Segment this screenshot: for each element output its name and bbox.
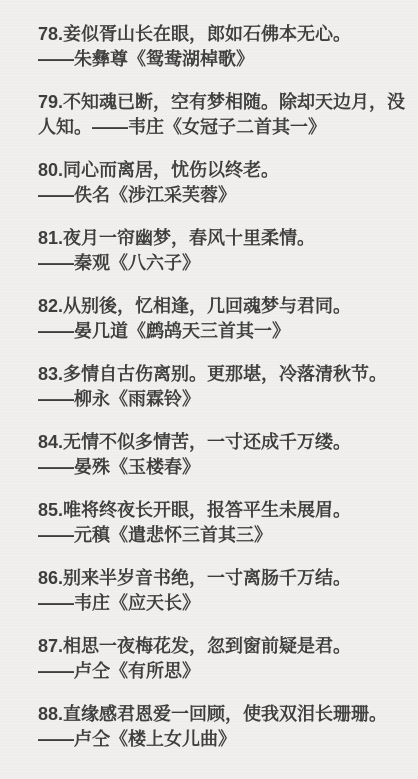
quote-item: 88.直缘感君恩爱一回顾，使我双泪长珊珊。——卢仝《楼上女儿曲》 xyxy=(38,702,412,752)
quote-item: 79.不知魂已断，空有梦相随。除却天边月，没人知。——韦庄《女冠子二首其一》 xyxy=(38,90,412,140)
quote-number: 85. xyxy=(38,500,63,520)
quote-text: 无情不似多情苦，一寸还成千万缕。 xyxy=(63,432,351,452)
quote-text: 直缘感君恩爱一回顾，使我双泪长珊珊。 xyxy=(63,704,387,724)
quote-attribution: ——晏殊《玉楼春》 xyxy=(38,455,412,480)
quote-attribution: ——元稹《遣悲怀三首其三》 xyxy=(38,523,412,548)
quote-attribution: ——卢仝《有所思》 xyxy=(38,659,412,684)
quote-text: 同心而离居，忧伤以终老。 xyxy=(63,160,279,180)
quote-number: 79. xyxy=(38,92,63,112)
quote-attribution: ——韦庄《应天长》 xyxy=(38,591,412,616)
quote-attribution: ——卢仝《楼上女儿曲》 xyxy=(38,727,412,752)
quote-number: 87. xyxy=(38,636,63,656)
quote-text: 唯将终夜长开眼，报答平生未展眉。 xyxy=(63,500,351,520)
quote-number: 84. xyxy=(38,432,63,452)
quotes-page: { "colors": { "background": "#f1f0ee", "… xyxy=(0,0,418,779)
quote-attribution: ——韦庄《女冠子二首其一》 xyxy=(92,117,326,137)
quote-number: 78. xyxy=(38,24,63,44)
quote-number: 83. xyxy=(38,364,63,384)
quote-attribution: ——秦观《八六子》 xyxy=(38,251,412,276)
quote-text: 多情自古伤离别。更那堪，冷落清秋节。 xyxy=(63,364,387,384)
quote-list: 78.妾似胥山长在眼，郎如石佛本无心。——朱彝尊《鸳鸯湖棹歌》 79.不知魂已断… xyxy=(0,0,418,752)
quote-number: 88. xyxy=(38,704,63,724)
quote-number: 81. xyxy=(38,228,63,248)
quote-attribution: ——晏几道《鹧鸪天三首其一》 xyxy=(38,319,412,344)
quote-item: 83.多情自古伤离别。更那堪，冷落清秋节。——柳永《雨霖铃》 xyxy=(38,362,412,412)
quote-item: 85.唯将终夜长开眼，报答平生未展眉。——元稹《遣悲怀三首其三》 xyxy=(38,498,412,548)
quote-text: 妾似胥山长在眼，郎如石佛本无心。 xyxy=(63,24,351,44)
quote-text: 相思一夜梅花发，忽到窗前疑是君。 xyxy=(63,636,351,656)
quote-item: 81.夜月一帘幽梦，春风十里柔情。——秦观《八六子》 xyxy=(38,226,412,276)
quote-number: 86. xyxy=(38,568,63,588)
quote-number: 82. xyxy=(38,296,63,316)
quote-number: 80. xyxy=(38,160,63,180)
quote-attribution: ——柳永《雨霖铃》 xyxy=(38,387,412,412)
quote-item: 87.相思一夜梅花发，忽到窗前疑是君。——卢仝《有所思》 xyxy=(38,634,412,684)
quote-attribution: ——佚名《涉江采芙蓉》 xyxy=(38,183,412,208)
quote-text: 别来半岁音书绝，一寸离肠千万结。 xyxy=(63,568,351,588)
quote-item: 82.从别後，忆相逢，几回魂梦与君同。——晏几道《鹧鸪天三首其一》 xyxy=(38,294,412,344)
quote-item: 86.别来半岁音书绝，一寸离肠千万结。——韦庄《应天长》 xyxy=(38,566,412,616)
quote-attribution: ——朱彝尊《鸳鸯湖棹歌》 xyxy=(38,47,412,72)
quote-item: 84.无情不似多情苦，一寸还成千万缕。——晏殊《玉楼春》 xyxy=(38,430,412,480)
quote-item: 80.同心而离居，忧伤以终老。——佚名《涉江采芙蓉》 xyxy=(38,158,412,208)
quote-text: 从别後，忆相逢，几回魂梦与君同。 xyxy=(63,296,351,316)
quote-item: 78.妾似胥山长在眼，郎如石佛本无心。——朱彝尊《鸳鸯湖棹歌》 xyxy=(38,22,412,72)
quote-text: 夜月一帘幽梦，春风十里柔情。 xyxy=(63,228,315,248)
